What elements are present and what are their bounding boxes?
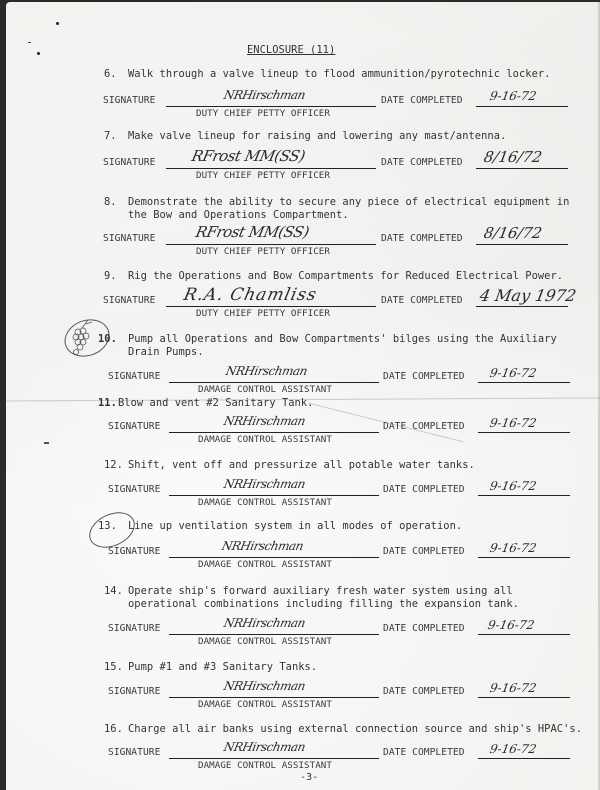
stray-mark: [44, 442, 49, 444]
signature-role: DAMAGE CONTROL ASSISTANT: [198, 434, 332, 445]
signature-label: SIGNATURE: [108, 546, 160, 557]
item-number: 14.: [104, 585, 123, 597]
signature-handwritten: NRHirschman: [223, 679, 307, 693]
signature-handwritten: NRHirschman: [223, 414, 307, 428]
item-text: Walk through a valve lineup to flood amm…: [128, 68, 550, 80]
signature-label: SIGNATURE: [108, 686, 160, 697]
signature-role: DUTY CHIEF PETTY OFFICER: [196, 170, 330, 181]
signature-label: SIGNATURE: [108, 371, 160, 382]
item-number: 13.: [98, 520, 117, 532]
item-text: Shift, vent off and pressurize all potab…: [128, 459, 475, 471]
date-line: [478, 634, 570, 635]
signature-handwritten: NRHirschman: [223, 616, 307, 630]
item-text: Make valve lineup for raising and loweri…: [128, 130, 506, 142]
item-number: 11.: [98, 397, 117, 409]
date-completed-label: DATE COMPLETED: [381, 295, 463, 306]
signature-label: SIGNATURE: [108, 747, 160, 758]
date-line: [478, 382, 570, 383]
date-line: [478, 758, 570, 759]
signature-line: [166, 306, 376, 307]
date-handwritten: 9-16-72: [489, 681, 538, 695]
signature-handwritten: R.A. Chamliss: [182, 285, 319, 305]
date-completed-label: DATE COMPLETED: [381, 95, 463, 106]
signature-line: [166, 106, 376, 107]
item-text: Blow and vent #2 Sanitary Tank.: [118, 397, 313, 409]
date-completed-label: DATE COMPLETED: [383, 421, 465, 432]
item-text: the Bow and Operations Compartment.: [128, 209, 349, 221]
signature-role: DAMAGE CONTROL ASSISTANT: [198, 636, 332, 647]
signature-handwritten: RFrost MM(SS): [190, 147, 306, 165]
item-number: 16.: [104, 723, 123, 735]
signature-role: DAMAGE CONTROL ASSISTANT: [198, 699, 332, 710]
item-text: Line up ventilation system in all modes …: [128, 520, 462, 532]
date-handwritten: 9-16-72: [487, 618, 536, 632]
grape-doodle-icon: [68, 318, 96, 360]
signature-label: SIGNATURE: [108, 484, 160, 495]
signature-line: [169, 382, 379, 383]
stray-mark: [56, 22, 59, 25]
item-text: Drain Pumps.: [128, 346, 204, 358]
date-line: [476, 244, 568, 245]
date-handwritten: 4 May 1972: [478, 286, 577, 305]
date-handwritten: 9-16-72: [489, 541, 538, 555]
item-text: Operate ship's forward auxiliary fresh w…: [128, 585, 513, 597]
signature-label: SIGNATURE: [108, 623, 160, 634]
item-text: Charge all air banks using external conn…: [128, 723, 582, 735]
page-title: ENCLOSURE (11): [247, 44, 335, 56]
item-number: 9.: [104, 270, 117, 282]
date-line: [478, 432, 570, 433]
document-page: ENCLOSURE (11) 6. Walk through a valve l…: [6, 2, 600, 790]
item-text: Pump all Operations and Bow Compartments…: [128, 333, 557, 345]
item-number: 7.: [104, 130, 117, 142]
stray-mark: [37, 52, 40, 55]
signature-label: SIGNATURE: [103, 295, 155, 306]
signature-role: DAMAGE CONTROL ASSISTANT: [198, 497, 332, 508]
item-text: Pump #1 and #3 Sanitary Tanks.: [128, 661, 317, 673]
item-text: operational combinations including filli…: [128, 598, 519, 610]
date-line: [476, 306, 568, 307]
date-completed-label: DATE COMPLETED: [383, 371, 465, 382]
date-handwritten: 9-16-72: [489, 89, 538, 103]
date-completed-label: DATE COMPLETED: [383, 623, 465, 634]
date-completed-label: DATE COMPLETED: [383, 546, 465, 557]
date-handwritten: 8/16/72: [482, 148, 543, 166]
signature-label: SIGNATURE: [108, 421, 160, 432]
signature-label: SIGNATURE: [103, 233, 155, 244]
signature-handwritten: NRHirschman: [225, 364, 309, 378]
date-handwritten: 9-16-72: [489, 416, 538, 430]
item-number: 6.: [104, 68, 117, 80]
date-line: [476, 168, 568, 169]
signature-handwritten: NRHirschman: [223, 740, 307, 754]
date-line: [476, 106, 568, 107]
signature-line: [169, 634, 379, 635]
date-line: [478, 557, 570, 558]
date-completed-label: DATE COMPLETED: [383, 747, 465, 758]
signature-handwritten: NRHirschman: [223, 88, 307, 102]
stray-mark: [28, 42, 31, 43]
signature-line: [169, 557, 379, 558]
item-text: Demonstrate the ability to secure any pi…: [128, 196, 569, 208]
item-number: 8.: [104, 196, 117, 208]
signature-handwritten: NRHirschman: [221, 539, 305, 553]
date-handwritten: 8/16/72: [482, 224, 543, 242]
date-completed-label: DATE COMPLETED: [383, 686, 465, 697]
signature-label: SIGNATURE: [103, 95, 155, 106]
signature-role: DUTY CHIEF PETTY OFFICER: [196, 246, 330, 257]
date-completed-label: DATE COMPLETED: [381, 233, 463, 244]
date-line: [478, 495, 570, 496]
date-completed-label: DATE COMPLETED: [383, 484, 465, 495]
date-handwritten: 9-16-72: [489, 479, 538, 493]
page-number: -3-: [300, 772, 318, 783]
date-line: [478, 697, 570, 698]
item-number: 10.: [98, 333, 117, 345]
signature-role: DUTY CHIEF PETTY OFFICER: [196, 308, 330, 319]
signature-role: DAMAGE CONTROL ASSISTANT: [198, 760, 332, 771]
signature-role: DAMAGE CONTROL ASSISTANT: [198, 384, 332, 395]
item-number: 15.: [104, 661, 123, 673]
signature-line: [169, 697, 379, 698]
item-number: 12.: [104, 459, 123, 471]
signature-line: [166, 168, 376, 169]
signature-line: [169, 495, 379, 496]
signature-label: SIGNATURE: [103, 157, 155, 168]
signature-line: [169, 432, 379, 433]
date-completed-label: DATE COMPLETED: [381, 157, 463, 168]
date-handwritten: 9-16-72: [489, 366, 538, 380]
signature-handwritten: RFrost MM(SS): [194, 223, 310, 241]
date-handwritten: 9-16-72: [489, 742, 538, 756]
signature-role: DAMAGE CONTROL ASSISTANT: [198, 559, 332, 570]
item-text: Rig the Operations and Bow Compartments …: [128, 270, 563, 282]
signature-line: [169, 758, 379, 759]
signature-handwritten: NRHirschman: [223, 477, 307, 491]
signature-role: DUTY CHIEF PETTY OFFICER: [196, 108, 330, 119]
signature-line: [166, 244, 376, 245]
